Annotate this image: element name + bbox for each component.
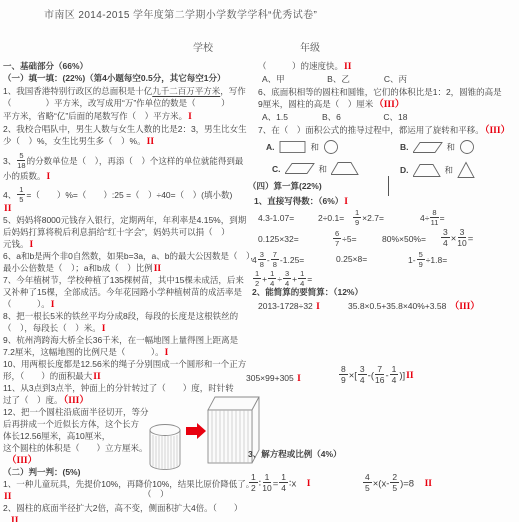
exam-page: 市南区 2014-2015 学年度第二学期小学数学学科“优秀试卷” 学校 年级 … [0,0,519,522]
calc-item: 67÷5= [332,231,357,249]
calc-item: 1-59÷1.8= [408,252,447,270]
option-d-label: D. [400,165,409,175]
equation-item: 12∶110=14∶x I [248,474,311,494]
option-c-label: C. [272,164,281,174]
option-d-shapes: D. 和 [400,161,475,179]
triangle-shape [457,161,475,179]
judge-heading: （二）判一判：(5%) [3,466,80,478]
j1-line1: 1、一种儿童玩具，先提价10%，再降价10%，结果比原价降低了。 [3,478,254,490]
equation-item: 45×(x-25)=8 II [362,474,433,494]
q7-line2: 又补种了15棵，全部成活。今年花园路小学种植树苗的成活率是 [3,286,242,298]
school-label: 学校 [193,43,213,55]
parallelogram-shape [413,141,443,154]
q7-line1: 7、今年植树节，学校种植了135棵树苗，其中15棵未成活，后来 [3,274,244,286]
simplify-heading: 2、能简算的要简算：（12%） [252,286,363,298]
calc-item: 0.25×8= [336,253,367,265]
choice6-line1: 6、底面积相等的圆柱和圆锥，它们的体积比是1：2，圆锥的高是 [258,86,502,98]
rectangle-shape [279,140,307,154]
red-arrow-icon [186,423,206,439]
calc-item: 438-78-1.25= [252,252,304,270]
q3-line2: 小的质数。I [3,170,51,183]
q12-line1: 12、把一个圆柱沿底面半径切开，等分 [3,406,148,418]
choice6-options: A、1.5 B、6 C、18 [262,111,407,123]
simplify-item: 89×[34-(716-14)]II [338,366,415,386]
q5-line2: 后妈妈打算将税后利息捐给“红十字会”，妈妈共可以捐（ ） [3,226,230,238]
q12-line3: 体长12.56厘米，高10厘米， [3,430,110,442]
q8-line1: 8、把一根长5米的铁丝平均分成8段，每段的长度是这根铁丝的 [3,310,238,322]
direct-calc-heading: 1、直接写得数：（6%）I [254,195,349,208]
option-b-shapes: B. 和 [400,139,475,155]
page-title: 市南区 2014-2015 学年度第二学期小学数学学科“优秀试卷” [44,10,317,22]
q3-line1: 3、518的分数单位是（ ），再添（ ）个这样的单位就能得到最 [3,153,243,171]
q2-line1: 2、我校合唱队中，男生人数与女生人数的比是2：3，男生比女生 [3,123,247,135]
q1-line1: 1、我国香港特别行政区的总面积是十亿九千二百万平方米，写作 [3,85,246,97]
q5-line1: 5、妈妈将8000元钱存入银行，定期两年，年利率是4.15%，到期 [3,214,246,226]
section-1-title: 一、基础部分（66%） [3,60,88,72]
circle-shape [323,139,339,155]
q1-line3: 平方米，省略“亿”后面的尾数写作（ ）平方米。I [3,110,193,123]
and-text: 和 [319,163,328,175]
choice5-options: A、甲 B、乙 C、丙 [262,73,407,85]
stray-mark [388,176,389,196]
equation-heading: 3、解方程或比例（4%） [248,448,342,460]
q9-line1: 9、杭州湾跨海大桥全长36千米，在一幅地图上量得图上距离是 [3,334,238,346]
calc-item: 34×310= [440,229,473,249]
j1-blank: （ ） [143,488,169,500]
simplify-item: 305×99+305 I [246,372,302,385]
trapezoid-shape [331,161,359,176]
q6-line1: 6、a和b是两个非0自然数，如果b=3a，a、b的最大公因数是（ ）， [3,250,259,262]
calc-item: 0.125×32= [258,233,299,245]
calc-item: 19×2.7= [352,210,384,228]
and-text: 和 [445,164,454,176]
and-text: 和 [311,141,320,153]
j2-mark: II [10,514,19,522]
calc-item: 4.3-1.07= [258,212,294,224]
option-c-shapes: C. 和 [272,161,359,176]
calc-heading: （四）算一算(22%) [248,180,322,192]
q4-line1: 4、15=（ ）%=（ ）:25 =（ ）÷40=（ ）(填小数) [3,187,232,205]
calc-item: 2÷0.1= [318,212,344,224]
simplify-item: 35.8×0.5+35.8×40%+3.58 （III） [348,300,481,313]
choice6-line2: 9厘米，圆柱的高是（ ）厘米（III） [258,98,405,111]
grade-label: 年级 [300,43,320,55]
calc-item: 4÷811= [420,210,445,228]
choice7-line1: 7、在（ ）面积公式的推导过程中，都运用了旋转和平移。（III） [258,124,511,137]
choice5-tail: （ ）的速度快。II [258,60,352,73]
trapezoid-shape [413,163,441,178]
j2-line1: 2、圆柱的底面半径扩大2倍，高不变，侧面积扩大4倍。（ ） [3,502,242,514]
option-a-label: A. [266,142,275,152]
q12-line2: 后再拼成一个近似长方体，这个长方 [3,418,139,430]
fill-in-heading: （一）填一填：(22%)（第4小题每空0.5分，其它每空1分） [3,72,225,84]
q10-line1: 10、用两根长度都是12.56米的绳子分别围成一个圆形和一个正方 [3,358,246,370]
circle-shape [459,139,475,155]
parallelogram-shape [285,162,315,175]
calc-item: 80%×50%= [382,233,426,245]
simplify-item: 2013-1728÷32 I [258,300,321,313]
cylinder-shape [150,425,180,471]
option-a-shapes: A. 和 [266,139,339,155]
option-b-label: B. [400,142,409,152]
q2-line2: 少（ ）%，女生比男生多（ ）%。II [3,135,155,148]
cylinder-to-prism-figure [148,390,262,479]
and-text: 和 [447,141,456,153]
q12-line4: 这个圆柱的体积是（ ）立方厘米。 [3,442,148,454]
q1-line2: （ ）平方米，改写成用“万”作单位的数是（ ） [3,97,230,109]
